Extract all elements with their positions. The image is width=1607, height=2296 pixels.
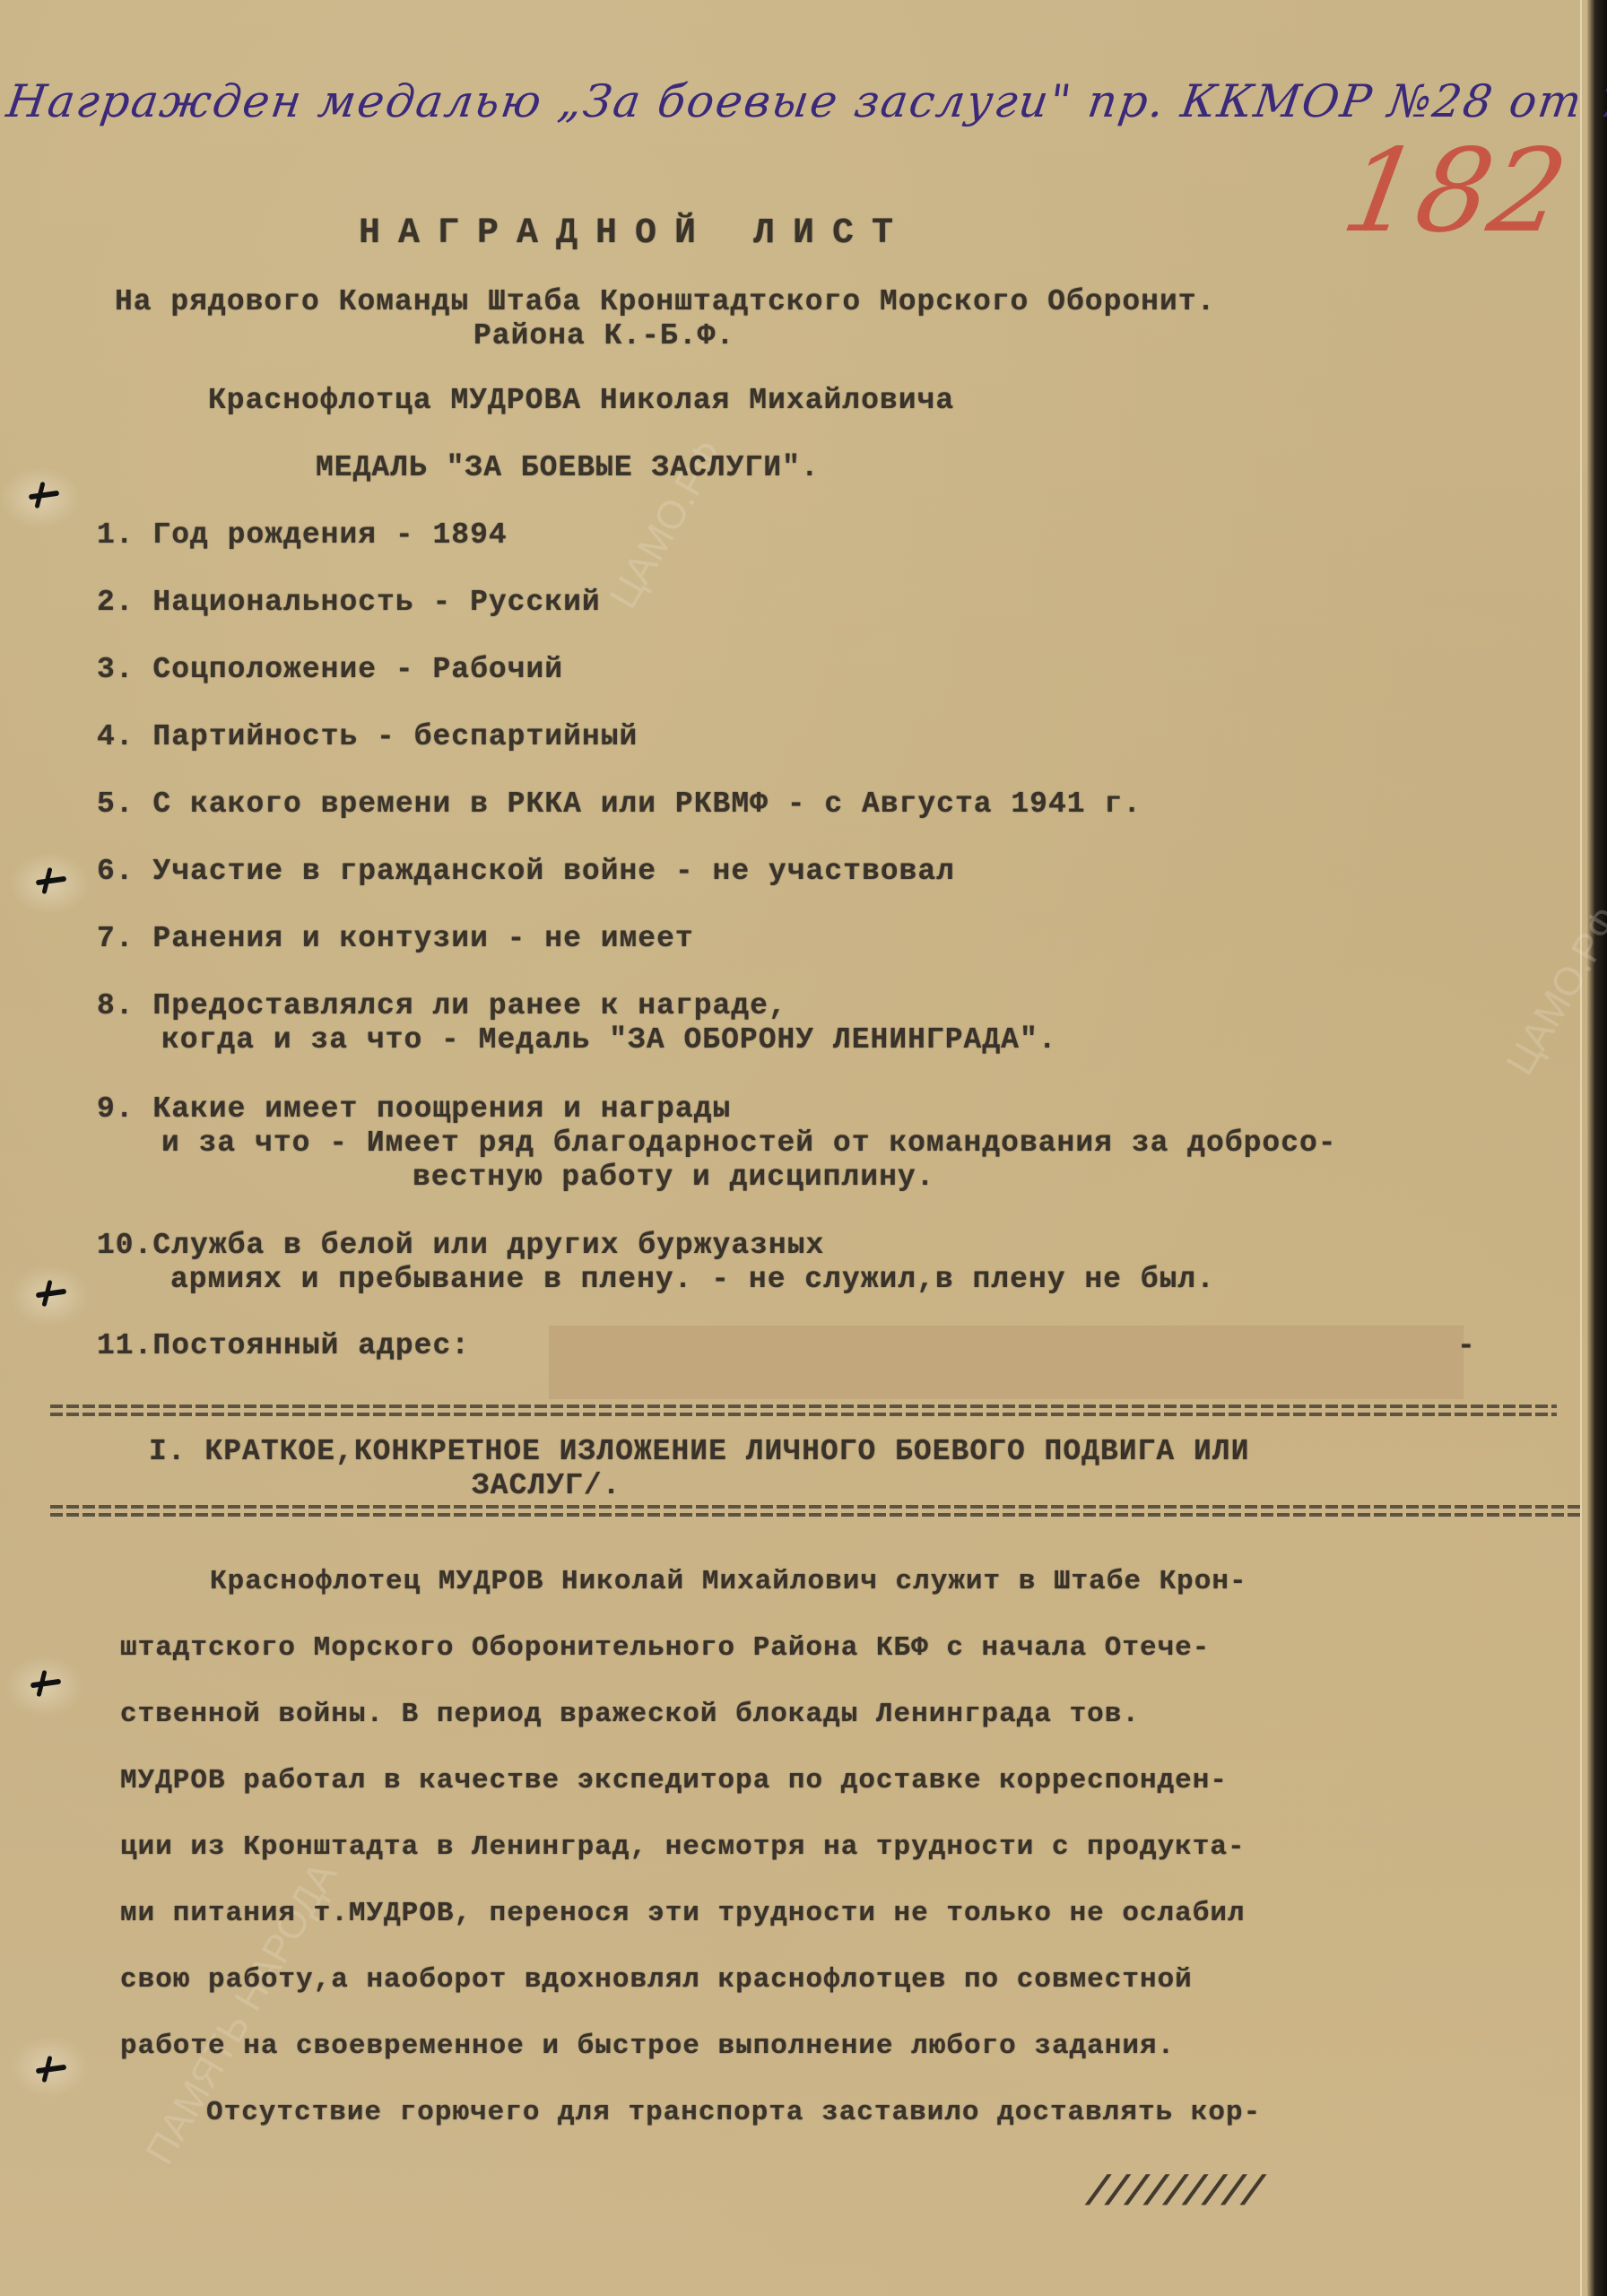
- scan-border: [1587, 0, 1607, 2296]
- separator-rule-top: [50, 1405, 1557, 1417]
- document-title: НАГРАДНОЙ ЛИСТ: [359, 213, 911, 254]
- award-name: МЕДАЛЬ "ЗА БОЕВЫЕ ЗАСЛУГИ".: [316, 451, 820, 484]
- handwritten-award-note: Награжден медалью „За боевые заслуги" пр…: [4, 75, 1607, 127]
- field-white-army-line2: армиях и пребывание в плену. - не служил…: [170, 1263, 1215, 1296]
- field-party: 4. Партийность - беспартийный: [97, 720, 638, 753]
- field-prior-awards: 8. Предоставлялся ли ранее к награде,: [97, 989, 787, 1022]
- field-commendations-line2: и за что - Имеет ряд благодарностей от к…: [161, 1126, 1337, 1160]
- field-social-status: 3. Соцположение - Рабочий: [97, 653, 563, 686]
- subtitle-line-1: На рядового Команды Штаба Кронштадтского…: [115, 285, 1215, 318]
- body-line: МУДРОВ работал в качестве экспедитора по…: [120, 1765, 1228, 1796]
- field-civil-war: 6. Участие в гражданской войне - не учас…: [97, 855, 955, 888]
- body-line: штадтского Морского Оборонительного Райо…: [120, 1632, 1210, 1664]
- punch-hole-icon: [20, 865, 74, 901]
- body-line: ции из Кронштадта в Ленинград, несмотря …: [120, 1831, 1246, 1863]
- section-heading-line-1: I. КРАТКОЕ,КОНКРЕТНОЕ ИЗЛОЖЕНИЕ ЛИЧНОГО …: [149, 1435, 1249, 1468]
- redacted-address: [549, 1326, 1464, 1399]
- body-line: работе на своевременное и быстрое выполн…: [120, 2031, 1175, 2062]
- red-pencil-number: 182: [1335, 135, 1575, 249]
- field-service-since: 5. С какого времени в РККА или РКВМФ - с…: [97, 787, 1142, 821]
- field-prior-awards-line2: когда и за что - Медаль "ЗА ОБОРОНУ ЛЕНИ…: [161, 1023, 1057, 1057]
- page-edge-line: [1580, 0, 1582, 2296]
- field-white-army: 10.Служба в белой или других буржуазных: [97, 1229, 824, 1262]
- address-end-dash: -: [1457, 1329, 1476, 1362]
- subtitle-line-2: Района К.-Б.Ф.: [473, 319, 734, 352]
- punch-hole-icon: [20, 2054, 74, 2090]
- page-end-marker: /////////: [1085, 2170, 1259, 2217]
- nominee-name: Краснофлотца МУДРОВА Николая Михайловича: [208, 384, 954, 417]
- field-nationality: 2. Национальность - Русский: [97, 586, 601, 619]
- section-heading-line-2: ЗАСЛУГ/.: [472, 1469, 621, 1502]
- body-line: ми питания т.МУДРОВ, перенося эти трудно…: [120, 1898, 1246, 1929]
- field-birth-year: 1. Год рождения - 1894: [97, 518, 508, 552]
- punch-hole-icon: [13, 480, 66, 516]
- separator-rule-bottom: [50, 1505, 1580, 1518]
- field-address: 11.Постоянный адрес:: [97, 1329, 470, 1362]
- field-wounds: 7. Ранения и контузии - не имеет: [97, 922, 694, 955]
- field-commendations-line3: вестную работу и дисциплину.: [413, 1161, 935, 1194]
- field-commendations: 9. Какие имеет поощрения и награды: [97, 1092, 731, 1126]
- body-line: Отсутствие горючего для транспорта заста…: [206, 2097, 1261, 2128]
- punch-hole-icon: [14, 1668, 68, 1704]
- punch-hole-icon: [20, 1278, 74, 1314]
- body-line: Краснофлотец МУДРОВ Николай Михайлович с…: [210, 1566, 1247, 1597]
- body-line: свою работу,а наоборот вдохновлял красно…: [120, 1964, 1193, 1996]
- body-line: ственной войны. В период вражеской блока…: [120, 1699, 1140, 1730]
